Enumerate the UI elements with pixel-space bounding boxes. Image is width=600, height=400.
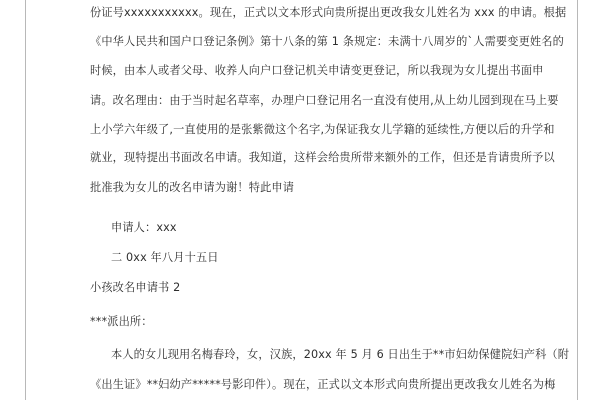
body-text-line: 时候，由本人或者父母、收养人向户口登记机关申请变更登记，所以我现为女儿提出书面申 bbox=[90, 64, 544, 78]
applicant-signature: 申请人：xxx bbox=[111, 221, 177, 235]
body-text-line: 份证号xxxxxxxxxxx。现在，正式以文本形式向贵所提出更改我女儿姓名为 x… bbox=[90, 6, 566, 20]
body-text-line: 上小学六年级了,一直使用的是张紫微这个名字,为保证我女儿学籍的延续性,方便以后的… bbox=[90, 123, 555, 137]
document-page: 份证号xxxxxxxxxxx。现在，正式以文本形式向贵所提出更改我女儿姓名为 x… bbox=[25, 0, 578, 400]
body-text-line: 《出生证》**妇幼产*****号影印件）。现在，正式以文本形式向贵所提出更改我女… bbox=[90, 378, 555, 392]
salutation: ***派出所： bbox=[90, 315, 153, 329]
page-margin-right bbox=[577, 0, 600, 400]
body-text-line: 本人的女儿现用名梅春玲，女，汉族，20xx 年 5 月 6 日出生于**市妇幼保… bbox=[111, 348, 569, 362]
section-title: 小孩改名申请书 2 bbox=[90, 281, 180, 295]
signature-date: 二 0xx 年八月十五日 bbox=[111, 251, 219, 265]
body-text-line: 《中华人民共和国户口登记条例》第十八条的第 1 条规定：未满十八周岁的`人需要变… bbox=[90, 35, 564, 49]
page-margin-left bbox=[0, 0, 25, 400]
body-text-line: 批准我为女儿的改名申请为谢！特此申请 bbox=[90, 181, 294, 195]
body-text-line: 就业，现特提出书面改名申请。我知道，这样会给贵所带来额外的工作，但还是肯请贵所予… bbox=[90, 151, 555, 165]
body-text-line: 请。改名理由：由于当时起名草率，办理户口登记用名一直没有使用,从上幼儿园到现在马… bbox=[90, 94, 559, 108]
